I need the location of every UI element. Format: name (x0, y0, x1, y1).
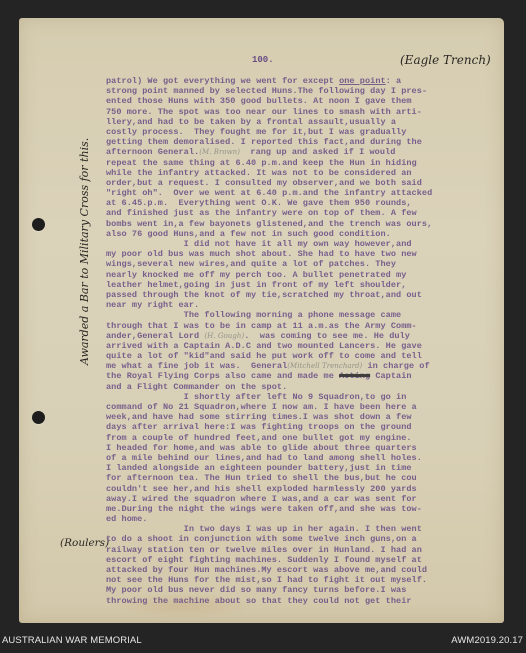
typed-line: leather helmet,going in just in front of… (106, 280, 516, 290)
typewritten-body: patrol) We got everything we went for ex… (106, 76, 516, 606)
typed-text: while the infantry attacked. It was not … (106, 168, 412, 178)
typed-line: while the infantry attacked. It was not … (106, 168, 516, 178)
typed-text: . was coming to see me. He duly (244, 331, 410, 341)
typed-text: arrived with a Captain A.D.C and two mou… (106, 341, 422, 351)
typed-text: I did not have it all my own way however… (106, 239, 412, 249)
typed-line: throwing the machine about so that they … (106, 596, 516, 606)
typed-text: Captain (370, 371, 411, 381)
typed-line: through that I was to be in camp at 11 a… (106, 321, 516, 331)
typed-line: for afternoon tea. The Hun tried to shel… (106, 473, 516, 483)
typed-text: order,but a request. I consulted my obse… (106, 178, 422, 188)
typed-line: me what a fine job it was. General(Mitch… (106, 361, 516, 371)
typed-pencil-text: (H. Gough) (204, 332, 244, 340)
punch-hole-lower (32, 411, 45, 424)
typed-text: strong point manned by selected Huns.The… (106, 86, 427, 96)
typed-line: week,and have had some stirring times.I … (106, 412, 516, 422)
typed-line: arrived with a Captain A.D.C and two mou… (106, 341, 516, 351)
typed-text: week,and have had some stirring times.I … (106, 412, 412, 422)
typed-line: "right oh". Over we went at 6.40 p.m.and… (106, 188, 516, 198)
typed-line: and a Flight Commander on the spot. (106, 382, 516, 392)
typed-line: quite a lot of "kid"and said he put work… (106, 351, 516, 361)
typed-text: of a mile behind our lines,and had to la… (106, 453, 422, 463)
typed-struck-text: Acting (339, 371, 370, 381)
typed-text: bombs went in,a few bayonets glistened,a… (106, 219, 432, 229)
typed-text: the Royal Flying Corps also came and mad… (106, 371, 339, 381)
typed-text: and finished just as the infantry were o… (106, 208, 417, 218)
typed-text: wings,several new wires,and quite a lot … (106, 259, 396, 269)
typed-line: at 6.45.p.m. Everything went O.K. We gav… (106, 198, 516, 208)
typed-text: in charge of (362, 361, 429, 371)
typed-text: : a (386, 76, 402, 86)
typed-line: llery,and had to be taken by a frontal a… (106, 117, 516, 127)
typed-line: In two days I was up in her again. I the… (106, 524, 516, 534)
typed-line: away.I wired the squadron where I was,an… (106, 494, 516, 504)
typed-text: not see the Huns for the mist,so I had t… (106, 575, 427, 585)
typed-line: also 76 good Huns,and a few not in such … (106, 229, 516, 239)
typed-text: llery,and had to be taken by a frontal a… (106, 117, 396, 127)
handwritten-margin-note-military-cross: Awarded a Bar to Military Cross for this… (78, 138, 91, 365)
typed-text: through that I was to be in camp at 11 a… (106, 321, 417, 331)
typed-text: for afternoon tea. The Hun tried to shel… (106, 473, 417, 483)
typed-text: I headed for home,and was able to glide … (106, 443, 417, 453)
typed-line: passed through the knot of my tie,scratc… (106, 290, 516, 300)
typed-line: 750 more. The spot was too near our line… (106, 107, 516, 117)
typed-line: railway station ten or twelve miles over… (106, 545, 516, 555)
typed-text: command of No 21 Squadron,where I now am… (106, 402, 417, 412)
typed-line: patrol) We got everything we went for ex… (106, 76, 516, 86)
typed-text: ed home. (106, 514, 147, 524)
typed-text: ented those Huns with 350 good bullets. … (106, 96, 412, 106)
typed-line: repeat the same thing at 6.40 p.m.and ke… (106, 158, 516, 168)
typed-text: escort of eight fighting machines. Sudde… (106, 555, 422, 565)
typed-line: escort of eight fighting machines. Sudde… (106, 555, 516, 565)
typed-text: couldn't see her,and his shell exploded … (106, 484, 417, 494)
typed-text: railway station ten or twelve miles over… (106, 545, 422, 555)
typed-text: my poor old bus was much shot about. She… (106, 249, 417, 259)
typed-line: strong point manned by selected Huns.The… (106, 86, 516, 96)
typed-line: The following morning a phone message ca… (106, 310, 516, 320)
typed-line: ander,General Lord (H. Gough). was comin… (106, 331, 516, 341)
typed-text: I landed alongside an eighteen pounder b… (106, 463, 412, 473)
typed-line: nearly knocked me off my perch too. A bu… (106, 270, 516, 280)
typed-pencil-text: (Mitchell Trenchard) (287, 362, 362, 370)
typed-line: my poor old bus was much shot about. She… (106, 249, 516, 259)
typed-text: to do a shoot in conjunction with some t… (106, 534, 417, 544)
typed-line: bombs went in,a few bayonets glistened,a… (106, 219, 516, 229)
typed-line: costly process. They fought me for it,bu… (106, 127, 516, 137)
handwritten-annotation-eagle-trench: (Eagle Trench) (400, 53, 491, 67)
typed-text: patrol) We got everything we went for ex… (106, 76, 339, 86)
typed-text: attacked by four Hun machines.My escort … (106, 565, 427, 575)
typed-text: days after arrival here:I was fighting t… (106, 422, 412, 432)
typed-line: My poor old bus never did so many fancy … (106, 585, 516, 595)
page-number: 100. (252, 55, 274, 65)
typed-line: me.During the night the wings were taken… (106, 504, 516, 514)
typed-text: at 6.45.p.m. Everything went O.K. We gav… (106, 198, 412, 208)
typed-line: the Royal Flying Corps also came and mad… (106, 371, 516, 381)
typed-text: The following morning a phone message ca… (106, 310, 401, 320)
typed-text: In two days I was up in her again. I the… (106, 524, 422, 534)
typed-text: ander,General Lord (106, 331, 204, 341)
typed-text: quite a lot of "kid"and said he put work… (106, 351, 422, 361)
typed-line: from a couple of hundred feet,and one bu… (106, 433, 516, 443)
typed-text: away.I wired the squadron where I was,an… (106, 494, 417, 504)
typed-line: afternoon General.(M. Brown) rang up and… (106, 147, 516, 157)
typed-line: and finished just as the infantry were o… (106, 208, 516, 218)
footer-institution: AUSTRALIAN WAR MEMORIAL (2, 635, 142, 646)
typed-line: I shortly after left No 9 Squadron,to go… (106, 392, 516, 402)
typed-line: ented those Huns with 350 good bullets. … (106, 96, 516, 106)
typed-text: afternoon General. (106, 147, 199, 157)
typed-line: near my right ear. (106, 300, 516, 310)
typed-text: throwing the machine about so that they … (106, 596, 412, 606)
typed-text: repeat the same thing at 6.40 p.m.and ke… (106, 158, 417, 168)
typed-text: passed through the knot of my tie,scratc… (106, 290, 422, 300)
typed-text: from a couple of hundred feet,and one bu… (106, 433, 412, 443)
typed-text: rang up and asked if I would (240, 147, 395, 157)
typed-text: "right oh". Over we went at 6.40 p.m.and… (106, 188, 432, 198)
typed-text: and a Flight Commander on the spot. (106, 382, 287, 392)
typed-text: me.During the night the wings were taken… (106, 504, 422, 514)
typed-line: couldn't see her,and his shell exploded … (106, 484, 516, 494)
typed-line: attacked by four Hun machines.My escort … (106, 565, 516, 575)
typed-line: of a mile behind our lines,and had to la… (106, 453, 516, 463)
typed-line: getting them demoralised. I reported thi… (106, 137, 516, 147)
typed-text: leather helmet,going in just in front of… (106, 280, 406, 290)
typed-line: I did not have it all my own way however… (106, 239, 516, 249)
typed-text: getting them demoralised. I reported thi… (106, 137, 422, 147)
typed-line: ed home. (106, 514, 516, 524)
typed-text: near my right ear. (106, 300, 199, 310)
handwritten-annotation-roulers: (Roulers) (60, 537, 109, 549)
footer-accession-number: AWM2019.20.17 (451, 635, 523, 646)
punch-hole-upper (32, 218, 45, 231)
typed-line: I landed alongside an eighteen pounder b… (106, 463, 516, 473)
typed-text: costly process. They fought me for it,bu… (106, 127, 406, 137)
typed-text: me what a fine job it was. General (106, 361, 287, 371)
typed-text: I shortly after left No 9 Squadron,to go… (106, 392, 406, 402)
typed-text: also 76 good Huns,and a few not in such … (106, 229, 391, 239)
typed-line: wings,several new wires,and quite a lot … (106, 259, 516, 269)
typed-pencil-text: (M. Brown) (199, 148, 240, 156)
typed-underlined-text: one point (339, 76, 386, 86)
typed-line: command of No 21 Squadron,where I now am… (106, 402, 516, 412)
typed-line: days after arrival here:I was fighting t… (106, 422, 516, 432)
typed-line: to do a shoot in conjunction with some t… (106, 534, 516, 544)
typed-line: order,but a request. I consulted my obse… (106, 178, 516, 188)
typed-text: My poor old bus never did so many fancy … (106, 585, 406, 595)
typed-line: I headed for home,and was able to glide … (106, 443, 516, 453)
typed-text: nearly knocked me off my perch too. A bu… (106, 270, 406, 280)
typed-text: 750 more. The spot was too near our line… (106, 107, 422, 117)
typed-line: not see the Huns for the mist,so I had t… (106, 575, 516, 585)
